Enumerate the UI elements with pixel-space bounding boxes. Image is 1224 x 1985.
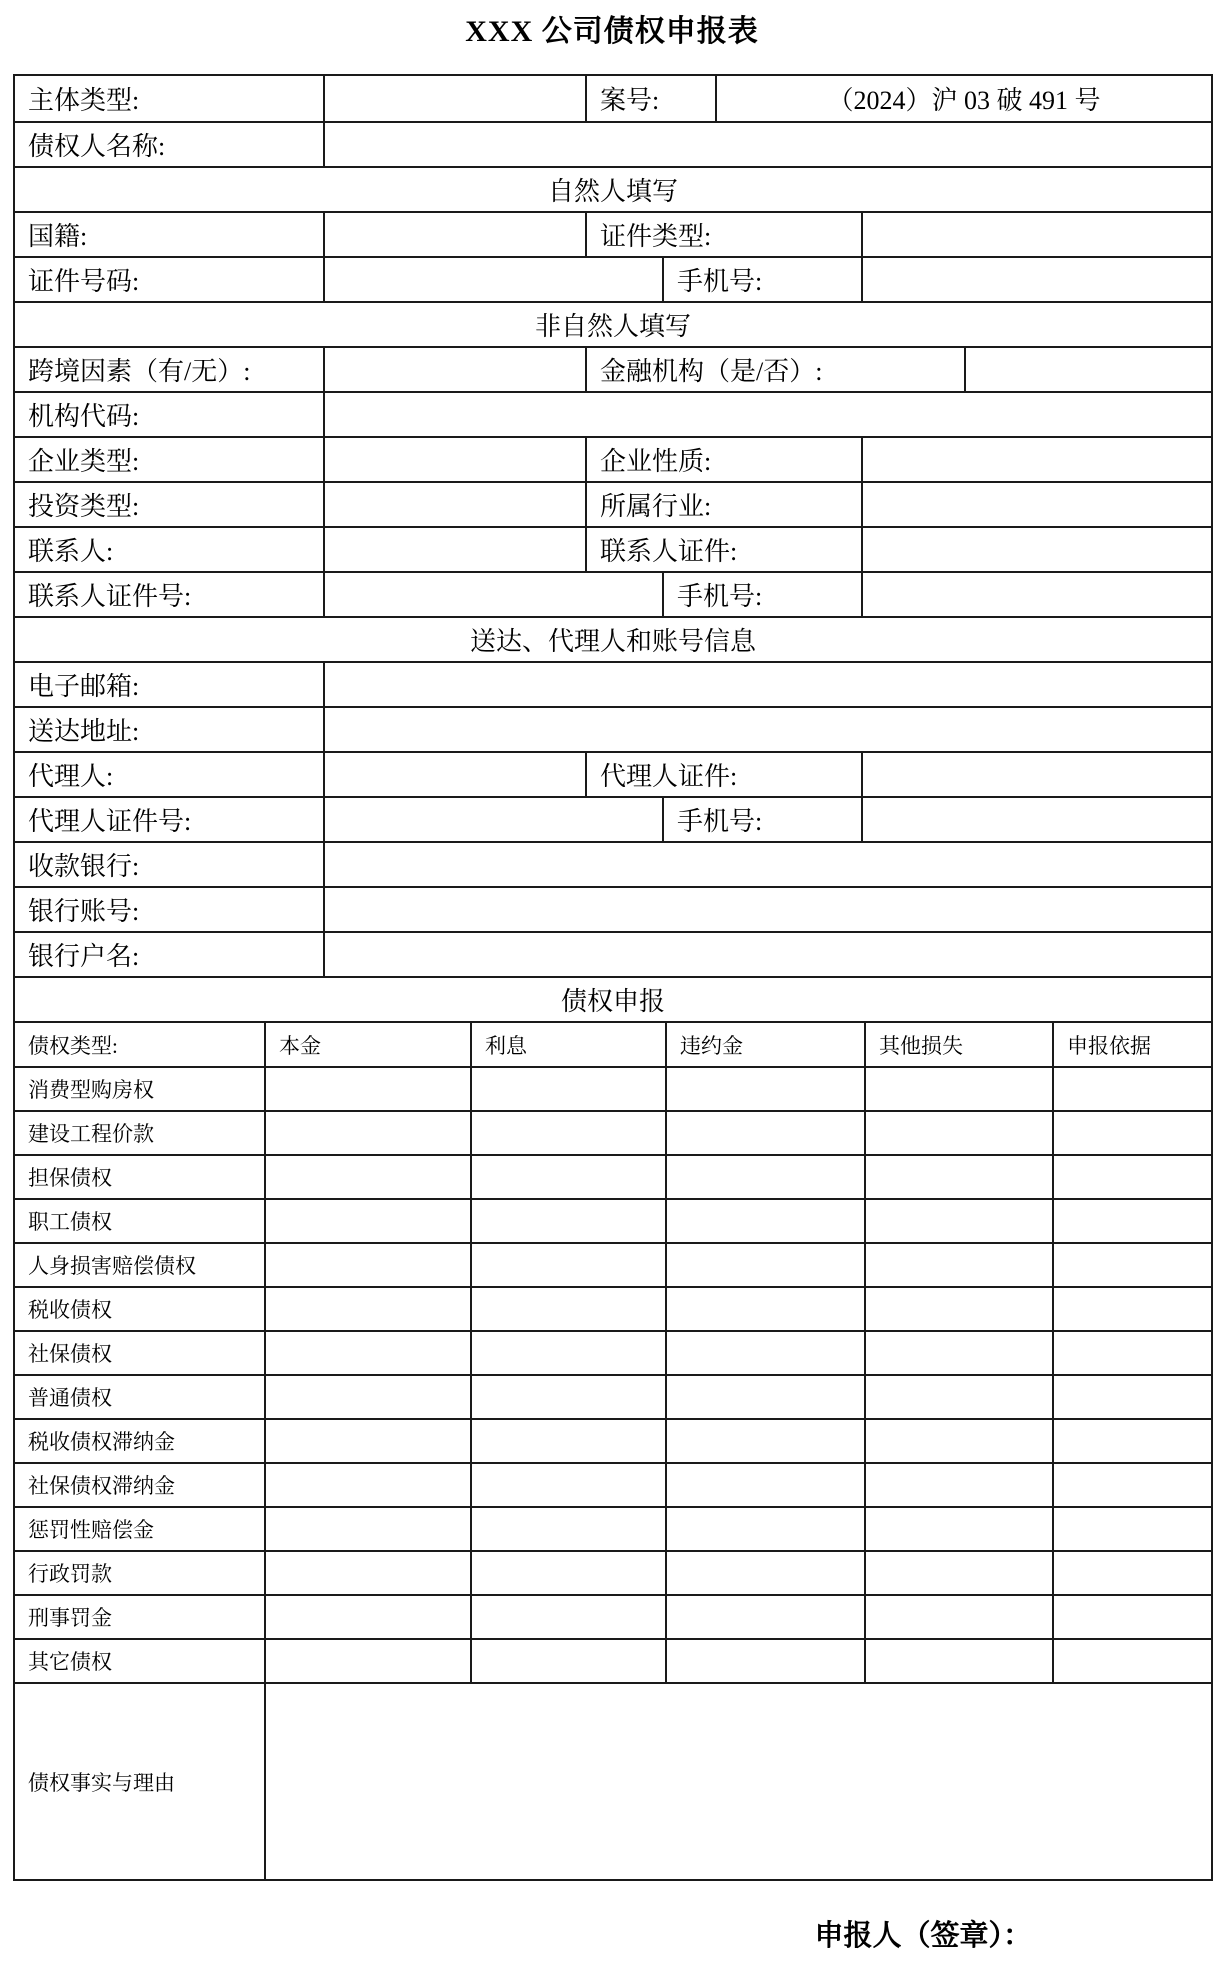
contact-mobile-label: 手机号: bbox=[662, 573, 861, 616]
other-claim-label-text: 其它债权 bbox=[28, 1646, 112, 1676]
investment-type-input[interactable] bbox=[323, 483, 585, 526]
agent-row: 代理人:代理人证件: bbox=[15, 751, 1211, 796]
principal-header-text: 本金 bbox=[279, 1030, 321, 1060]
construction-payment-interest-input[interactable] bbox=[470, 1112, 665, 1154]
employee-claim-principal-input[interactable] bbox=[264, 1200, 470, 1242]
other-claim-row: 其它债权 bbox=[15, 1638, 1211, 1682]
service-agent-account-section-title: 送达、代理人和账号信息 bbox=[15, 618, 1211, 661]
id-number-row: 证件号码:手机号: bbox=[15, 256, 1211, 301]
consumer-housing-principal-input[interactable] bbox=[264, 1068, 470, 1110]
case-number-value-text: （2024）沪 03 破 491 号 bbox=[827, 80, 1100, 117]
employee-claim-label: 职工债权 bbox=[15, 1200, 264, 1242]
tax-late-fee-penalty-input[interactable] bbox=[665, 1420, 864, 1462]
claim-type-header-text: 债权类型: bbox=[28, 1030, 118, 1060]
contact-id-number-row: 联系人证件号:手机号: bbox=[15, 571, 1211, 616]
enterprise-type-row: 企业类型:企业性质: bbox=[15, 436, 1211, 481]
enterprise-type-label-text: 企业类型: bbox=[28, 441, 139, 478]
org-code-label-text: 机构代码: bbox=[28, 396, 139, 433]
subject-type-label: 主体类型: bbox=[15, 76, 323, 121]
ordinary-claim-basis-input[interactable] bbox=[1052, 1376, 1211, 1418]
mobile-input[interactable] bbox=[861, 258, 1211, 301]
contact-id-type-label-text: 联系人证件: bbox=[600, 531, 737, 568]
enterprise-nature-label: 企业性质: bbox=[585, 438, 861, 481]
social-insurance-claim-label-text: 社保债权 bbox=[28, 1338, 112, 1368]
other-loss-header: 其他损失 bbox=[864, 1023, 1052, 1066]
ordinary-claim-label-text: 普通债权 bbox=[28, 1382, 112, 1412]
criminal-fine-row: 刑事罚金 bbox=[15, 1594, 1211, 1638]
social-insurance-late-fee-label: 社保债权滞纳金 bbox=[15, 1464, 264, 1506]
ordinary-claim-other-loss-input[interactable] bbox=[864, 1376, 1052, 1418]
declarant-signature-label: 申报人（签章）： bbox=[0, 1913, 1224, 1954]
org-code-row: 机构代码: bbox=[15, 391, 1211, 436]
service-address-row: 送达地址: bbox=[15, 706, 1211, 751]
tax-late-fee-principal-input[interactable] bbox=[264, 1420, 470, 1462]
criminal-fine-label-text: 刑事罚金 bbox=[28, 1602, 112, 1632]
punitive-damages-principal-input[interactable] bbox=[264, 1508, 470, 1550]
social-insurance-penalty-input[interactable] bbox=[665, 1332, 864, 1374]
natural-person-section-title-text: 自然人填写 bbox=[548, 171, 678, 208]
social-insurance-late-fee-interest-input[interactable] bbox=[470, 1464, 665, 1506]
consumer-housing-other-loss-input[interactable] bbox=[864, 1068, 1052, 1110]
natural-person-section-row: 自然人填写 bbox=[15, 166, 1211, 211]
claim-facts-label-text: 债权事实与理由 bbox=[28, 1767, 175, 1797]
contact-id-number-label: 联系人证件号: bbox=[15, 573, 323, 616]
enterprise-type-input[interactable] bbox=[323, 438, 585, 481]
employee-claim-other-loss-input[interactable] bbox=[864, 1200, 1052, 1242]
employee-claim-row: 职工债权 bbox=[15, 1198, 1211, 1242]
subject-type-input[interactable] bbox=[323, 76, 585, 121]
service-address-input[interactable] bbox=[323, 708, 1211, 751]
criminal-fine-principal-input[interactable] bbox=[264, 1596, 470, 1638]
personal-injury-claim-label: 人身损害赔偿债权 bbox=[15, 1244, 264, 1286]
contact-person-row: 联系人:联系人证件: bbox=[15, 526, 1211, 571]
employee-claim-penalty-input[interactable] bbox=[665, 1200, 864, 1242]
creditor-name-input[interactable] bbox=[323, 123, 1211, 166]
secured-claim-interest-input[interactable] bbox=[470, 1156, 665, 1198]
punitive-damages-label-text: 惩罚性赔偿金 bbox=[28, 1514, 154, 1544]
personal-injury-claim-row: 人身损害赔偿债权 bbox=[15, 1242, 1211, 1286]
punitive-damages-label: 惩罚性赔偿金 bbox=[15, 1508, 264, 1550]
employee-claim-label-text: 职工债权 bbox=[28, 1206, 112, 1236]
construction-payment-basis-input[interactable] bbox=[1052, 1112, 1211, 1154]
bank-account-name-input[interactable] bbox=[323, 933, 1211, 976]
tax-claim-basis-input[interactable] bbox=[1052, 1288, 1211, 1330]
consumer-housing-claim-row: 消费型购房权 bbox=[15, 1066, 1211, 1110]
personal-injury-penalty-input[interactable] bbox=[665, 1244, 864, 1286]
social-insurance-basis-input[interactable] bbox=[1052, 1332, 1211, 1374]
contact-id-number-input[interactable] bbox=[323, 573, 662, 616]
other-claim-interest-input[interactable] bbox=[470, 1640, 665, 1682]
interest-header-text: 利息 bbox=[485, 1030, 527, 1060]
agent-id-type-label-text: 代理人证件: bbox=[600, 756, 737, 793]
bank-account-input[interactable] bbox=[323, 888, 1211, 931]
nationality-label-text: 国籍: bbox=[28, 216, 87, 253]
other-claim-label: 其它债权 bbox=[15, 1640, 264, 1682]
agent-label: 代理人: bbox=[15, 753, 323, 796]
criminal-fine-penalty-input[interactable] bbox=[665, 1596, 864, 1638]
administrative-fine-label-text: 行政罚款 bbox=[28, 1558, 112, 1588]
non-natural-person-section-title: 非自然人填写 bbox=[15, 303, 1211, 346]
contact-id-type-input[interactable] bbox=[861, 528, 1211, 571]
id-type-input[interactable] bbox=[861, 213, 1211, 256]
enterprise-type-label: 企业类型: bbox=[15, 438, 323, 481]
construction-payment-other-loss-input[interactable] bbox=[864, 1112, 1052, 1154]
id-type-label-text: 证件类型: bbox=[600, 216, 711, 253]
declaration-basis-header-text: 申报依据 bbox=[1067, 1030, 1151, 1060]
criminal-fine-basis-input[interactable] bbox=[1052, 1596, 1211, 1638]
tax-claim-penalty-input[interactable] bbox=[665, 1288, 864, 1330]
social-insurance-late-fee-penalty-input[interactable] bbox=[665, 1464, 864, 1506]
consumer-housing-basis-input[interactable] bbox=[1052, 1068, 1211, 1110]
bank-account-name-row: 银行户名: bbox=[15, 931, 1211, 976]
claim-declaration-section-title: 债权申报 bbox=[15, 978, 1211, 1021]
penalty-header: 违约金 bbox=[665, 1023, 864, 1066]
investment-type-row: 投资类型:所属行业: bbox=[15, 481, 1211, 526]
declaration-basis-header: 申报依据 bbox=[1052, 1023, 1211, 1066]
social-insurance-other-loss-input[interactable] bbox=[864, 1332, 1052, 1374]
subject-type-label-text: 主体类型: bbox=[28, 80, 139, 117]
other-claim-penalty-input[interactable] bbox=[665, 1640, 864, 1682]
tax-claim-label-text: 税收债权 bbox=[28, 1294, 112, 1324]
personal-injury-claim-label-text: 人身损害赔偿债权 bbox=[28, 1250, 196, 1280]
social-insurance-claim-label: 社保债权 bbox=[15, 1332, 264, 1374]
ordinary-claim-row: 普通债权 bbox=[15, 1374, 1211, 1418]
contact-id-type-label: 联系人证件: bbox=[585, 528, 861, 571]
construction-payment-penalty-input[interactable] bbox=[665, 1112, 864, 1154]
contact-person-label-text: 联系人: bbox=[28, 531, 113, 568]
other-loss-header-text: 其他损失 bbox=[879, 1030, 963, 1060]
criminal-fine-interest-input[interactable] bbox=[470, 1596, 665, 1638]
tax-claim-row: 税收债权 bbox=[15, 1286, 1211, 1330]
claim-table-header-row: 债权类型:本金利息违约金其他损失申报依据 bbox=[15, 1021, 1211, 1066]
org-code-input[interactable] bbox=[323, 393, 1211, 436]
secured-claim-other-loss-input[interactable] bbox=[864, 1156, 1052, 1198]
agent-id-type-input[interactable] bbox=[861, 753, 1211, 796]
case-number-label-text: 案号: bbox=[600, 80, 659, 117]
tax-late-fee-label-text: 税收债权滞纳金 bbox=[28, 1426, 175, 1456]
bank-account-label: 银行账号: bbox=[15, 888, 323, 931]
bank-account-name-label-text: 银行户名: bbox=[28, 936, 139, 973]
id-number-label-text: 证件号码: bbox=[28, 261, 139, 298]
social-insurance-interest-input[interactable] bbox=[470, 1332, 665, 1374]
administrative-fine-principal-input[interactable] bbox=[264, 1552, 470, 1594]
service-agent-account-section-row: 送达、代理人和账号信息 bbox=[15, 616, 1211, 661]
mobile-label-text: 手机号: bbox=[677, 261, 762, 298]
nationality-label: 国籍: bbox=[15, 213, 323, 256]
cross-border-label-text: 跨境因素（有/无）: bbox=[28, 351, 250, 388]
industry-input[interactable] bbox=[861, 483, 1211, 526]
agent-id-number-input[interactable] bbox=[323, 798, 662, 841]
contact-person-input[interactable] bbox=[323, 528, 585, 571]
tax-late-fee-interest-input[interactable] bbox=[470, 1420, 665, 1462]
criminal-fine-other-loss-input[interactable] bbox=[864, 1596, 1052, 1638]
consumer-housing-penalty-input[interactable] bbox=[665, 1068, 864, 1110]
punitive-damages-basis-input[interactable] bbox=[1052, 1508, 1211, 1550]
tax-late-fee-other-loss-input[interactable] bbox=[864, 1420, 1052, 1462]
other-claim-other-loss-input[interactable] bbox=[864, 1640, 1052, 1682]
bank-account-name-label: 银行户名: bbox=[15, 933, 323, 976]
other-claim-basis-input[interactable] bbox=[1052, 1640, 1211, 1682]
other-claim-principal-input[interactable] bbox=[264, 1640, 470, 1682]
principal-header: 本金 bbox=[264, 1023, 470, 1066]
agent-mobile-label-text: 手机号: bbox=[677, 801, 762, 838]
construction-payment-claim-label-text: 建设工程价款 bbox=[28, 1118, 154, 1148]
financial-institution-input[interactable] bbox=[964, 348, 1211, 391]
social-insurance-claim-row: 社保债权 bbox=[15, 1330, 1211, 1374]
financial-institution-label: 金融机构（是/否）: bbox=[585, 348, 964, 391]
construction-payment-claim-label: 建设工程价款 bbox=[15, 1112, 264, 1154]
service-agent-account-section-title-text: 送达、代理人和账号信息 bbox=[470, 621, 756, 658]
agent-mobile-label: 手机号: bbox=[662, 798, 861, 841]
secured-claim-penalty-input[interactable] bbox=[665, 1156, 864, 1198]
enterprise-nature-input[interactable] bbox=[861, 438, 1211, 481]
id-number-input[interactable] bbox=[323, 258, 662, 301]
punitive-damages-row: 惩罚性赔偿金 bbox=[15, 1506, 1211, 1550]
tax-late-fee-label: 税收债权滞纳金 bbox=[15, 1420, 264, 1462]
creditor-name-label: 债权人名称: bbox=[15, 123, 323, 166]
receiving-bank-input[interactable] bbox=[323, 843, 1211, 886]
secured-claim-principal-input[interactable] bbox=[264, 1156, 470, 1198]
construction-payment-principal-input[interactable] bbox=[264, 1112, 470, 1154]
social-insurance-principal-input[interactable] bbox=[264, 1332, 470, 1374]
receiving-bank-label: 收款银行: bbox=[15, 843, 323, 886]
consumer-housing-claim-label: 消费型购房权 bbox=[15, 1068, 264, 1110]
nationality-input[interactable] bbox=[323, 213, 585, 256]
id-number-label: 证件号码: bbox=[15, 258, 323, 301]
agent-input[interactable] bbox=[323, 753, 585, 796]
tax-late-fee-row: 税收债权滞纳金 bbox=[15, 1418, 1211, 1462]
case-number-label: 案号: bbox=[585, 76, 715, 121]
financial-institution-label-text: 金融机构（是/否）: bbox=[600, 351, 822, 388]
service-address-label-text: 送达地址: bbox=[28, 711, 139, 748]
criminal-fine-label: 刑事罚金 bbox=[15, 1596, 264, 1638]
secured-claim-row: 担保债权 bbox=[15, 1154, 1211, 1198]
punitive-damages-other-loss-input[interactable] bbox=[864, 1508, 1052, 1550]
id-type-label: 证件类型: bbox=[585, 213, 861, 256]
social-insurance-late-fee-label-text: 社保债权滞纳金 bbox=[28, 1470, 175, 1500]
agent-id-number-label: 代理人证件号: bbox=[15, 798, 323, 841]
social-insurance-late-fee-principal-input[interactable] bbox=[264, 1464, 470, 1506]
form-title: XXX 公司债权申报表 bbox=[0, 12, 1224, 52]
cross-border-label: 跨境因素（有/无）: bbox=[15, 348, 323, 391]
penalty-header-text: 违约金 bbox=[680, 1030, 743, 1060]
enterprise-nature-label-text: 企业性质: bbox=[600, 441, 711, 478]
org-code-label: 机构代码: bbox=[15, 393, 323, 436]
creditor-name-label-text: 债权人名称: bbox=[28, 126, 165, 163]
creditor-name-row: 债权人名称: bbox=[15, 121, 1211, 166]
cross-border-row: 跨境因素（有/无）:金融机构（是/否）: bbox=[15, 346, 1211, 391]
claim-facts-label: 债权事实与理由 bbox=[15, 1684, 264, 1879]
contact-id-number-label-text: 联系人证件号: bbox=[28, 576, 191, 613]
administrative-fine-interest-input[interactable] bbox=[470, 1552, 665, 1594]
agent-id-number-label-text: 代理人证件号: bbox=[28, 801, 191, 838]
administrative-fine-other-loss-input[interactable] bbox=[864, 1552, 1052, 1594]
ordinary-claim-label: 普通债权 bbox=[15, 1376, 264, 1418]
tax-claim-other-loss-input[interactable] bbox=[864, 1288, 1052, 1330]
contact-mobile-input[interactable] bbox=[861, 573, 1211, 616]
contact-mobile-label-text: 手机号: bbox=[677, 576, 762, 613]
case-number-value: （2024）沪 03 破 491 号 bbox=[715, 76, 1211, 121]
secured-claim-label: 担保债权 bbox=[15, 1156, 264, 1198]
consumer-housing-interest-input[interactable] bbox=[470, 1068, 665, 1110]
bank-account-label-text: 银行账号: bbox=[28, 891, 139, 928]
interest-header: 利息 bbox=[470, 1023, 665, 1066]
non-natural-person-section-row: 非自然人填写 bbox=[15, 301, 1211, 346]
personal-injury-other-loss-input[interactable] bbox=[864, 1244, 1052, 1286]
administrative-fine-row: 行政罚款 bbox=[15, 1550, 1211, 1594]
industry-label: 所属行业: bbox=[585, 483, 861, 526]
construction-payment-claim-row: 建设工程价款 bbox=[15, 1110, 1211, 1154]
agent-id-type-label: 代理人证件: bbox=[585, 753, 861, 796]
claim-facts-row: 债权事实与理由 bbox=[15, 1682, 1211, 1879]
ordinary-claim-interest-input[interactable] bbox=[470, 1376, 665, 1418]
mobile-label: 手机号: bbox=[662, 258, 861, 301]
ordinary-claim-principal-input[interactable] bbox=[264, 1376, 470, 1418]
employee-claim-interest-input[interactable] bbox=[470, 1200, 665, 1242]
tax-claim-principal-input[interactable] bbox=[264, 1288, 470, 1330]
claim-type-header: 债权类型: bbox=[15, 1023, 264, 1066]
social-insurance-late-fee-row: 社保债权滞纳金 bbox=[15, 1462, 1211, 1506]
social-insurance-late-fee-basis-input[interactable] bbox=[1052, 1464, 1211, 1506]
industry-label-text: 所属行业: bbox=[600, 486, 711, 523]
tax-claim-label: 税收债权 bbox=[15, 1288, 264, 1330]
agent-id-number-row: 代理人证件号:手机号: bbox=[15, 796, 1211, 841]
investment-type-label: 投资类型: bbox=[15, 483, 323, 526]
personal-injury-interest-input[interactable] bbox=[470, 1244, 665, 1286]
administrative-fine-label: 行政罚款 bbox=[15, 1552, 264, 1594]
tax-late-fee-basis-input[interactable] bbox=[1052, 1420, 1211, 1462]
tax-claim-interest-input[interactable] bbox=[470, 1288, 665, 1330]
email-input[interactable] bbox=[323, 663, 1211, 706]
investment-type-label-text: 投资类型: bbox=[28, 486, 139, 523]
bank-account-row: 银行账号: bbox=[15, 886, 1211, 931]
claim-form-table: 主体类型:案号:（2024）沪 03 破 491 号债权人名称:自然人填写国籍:… bbox=[13, 74, 1213, 1881]
personal-injury-basis-input[interactable] bbox=[1052, 1244, 1211, 1286]
secured-claim-basis-input[interactable] bbox=[1052, 1156, 1211, 1198]
receiving-bank-row: 收款银行: bbox=[15, 841, 1211, 886]
claim-declaration-section-row: 债权申报 bbox=[15, 976, 1211, 1021]
service-address-label: 送达地址: bbox=[15, 708, 323, 751]
social-insurance-late-fee-other-loss-input[interactable] bbox=[864, 1464, 1052, 1506]
email-row: 电子邮箱: bbox=[15, 661, 1211, 706]
consumer-housing-claim-label-text: 消费型购房权 bbox=[28, 1074, 154, 1104]
punitive-damages-penalty-input[interactable] bbox=[665, 1508, 864, 1550]
claim-declaration-section-title-text: 债权申报 bbox=[561, 981, 665, 1018]
cross-border-input[interactable] bbox=[323, 348, 585, 391]
contact-person-label: 联系人: bbox=[15, 528, 323, 571]
agent-label-text: 代理人: bbox=[28, 756, 113, 793]
administrative-fine-penalty-input[interactable] bbox=[665, 1552, 864, 1594]
non-natural-person-section-title-text: 非自然人填写 bbox=[535, 306, 691, 343]
email-label: 电子邮箱: bbox=[15, 663, 323, 706]
administrative-fine-basis-input[interactable] bbox=[1052, 1552, 1211, 1594]
ordinary-claim-penalty-input[interactable] bbox=[665, 1376, 864, 1418]
claim-facts-input[interactable] bbox=[264, 1684, 1211, 1879]
punitive-damages-interest-input[interactable] bbox=[470, 1508, 665, 1550]
nationality-row: 国籍:证件类型: bbox=[15, 211, 1211, 256]
natural-person-section-title: 自然人填写 bbox=[15, 168, 1211, 211]
email-label-text: 电子邮箱: bbox=[28, 666, 139, 703]
employee-claim-basis-input[interactable] bbox=[1052, 1200, 1211, 1242]
receiving-bank-label-text: 收款银行: bbox=[28, 846, 139, 883]
secured-claim-label-text: 担保债权 bbox=[28, 1162, 112, 1192]
subject-type-case-number-row: 主体类型:案号:（2024）沪 03 破 491 号 bbox=[15, 76, 1211, 121]
agent-mobile-input[interactable] bbox=[861, 798, 1211, 841]
personal-injury-principal-input[interactable] bbox=[264, 1244, 470, 1286]
